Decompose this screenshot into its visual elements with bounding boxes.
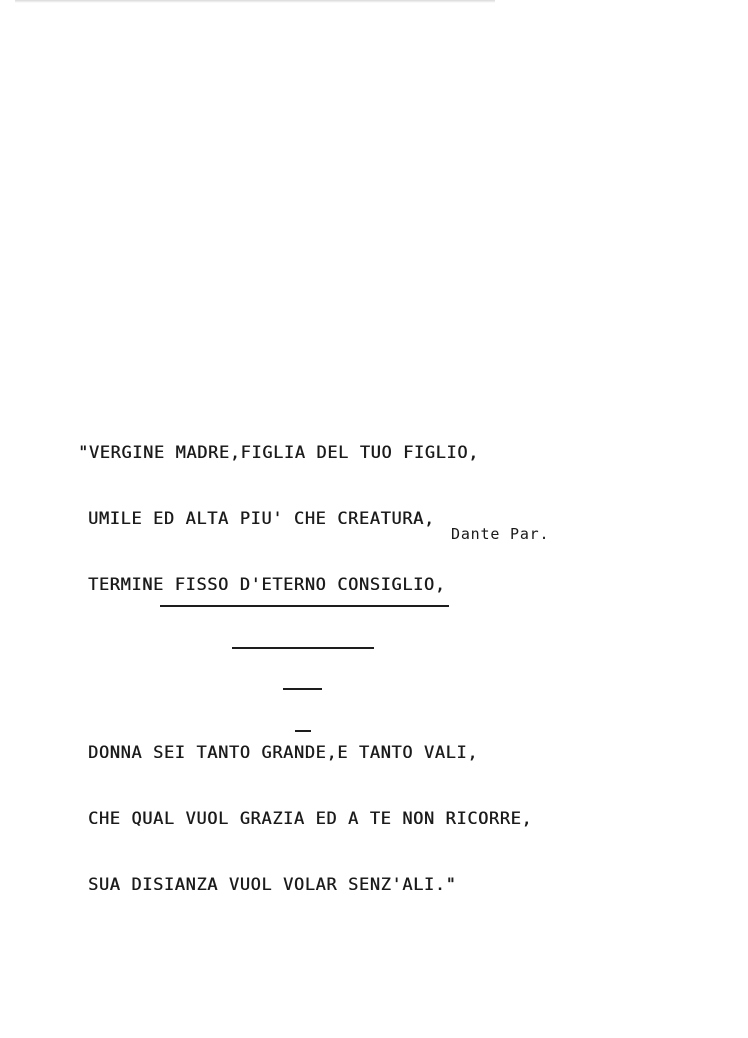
- poem-line: "VERGINE MADRE,FIGLIA DEL TUO FIGLIO,: [78, 442, 532, 464]
- stanza-1: "VERGINE MADRE,FIGLIA DEL TUO FIGLIO, UM…: [78, 398, 532, 640]
- decorative-rule: [232, 647, 374, 649]
- decorative-rule: [160, 605, 449, 607]
- stanza-2: DONNA SEI TANTO GRANDE,E TANTO VALI, CHE…: [78, 698, 532, 940]
- poem-line: SUA DISIANZA VUOL VOLAR SENZ'ALI.": [78, 874, 532, 896]
- poem-line: CHE QUAL VUOL GRAZIA ED A TE NON RICORRE…: [78, 808, 532, 830]
- decorative-rule: [295, 730, 311, 732]
- poem-line: TERMINE FISSO D'ETERNO CONSIGLIO,: [78, 574, 532, 596]
- decorative-rule: [283, 688, 322, 690]
- poem-line: DONNA SEI TANTO GRANDE,E TANTO VALI,: [78, 742, 532, 764]
- poem-quote: "VERGINE MADRE,FIGLIA DEL TUO FIGLIO, UM…: [78, 354, 532, 962]
- scan-edge-shadow: [15, 0, 495, 3]
- attribution: Dante Par.: [451, 525, 549, 543]
